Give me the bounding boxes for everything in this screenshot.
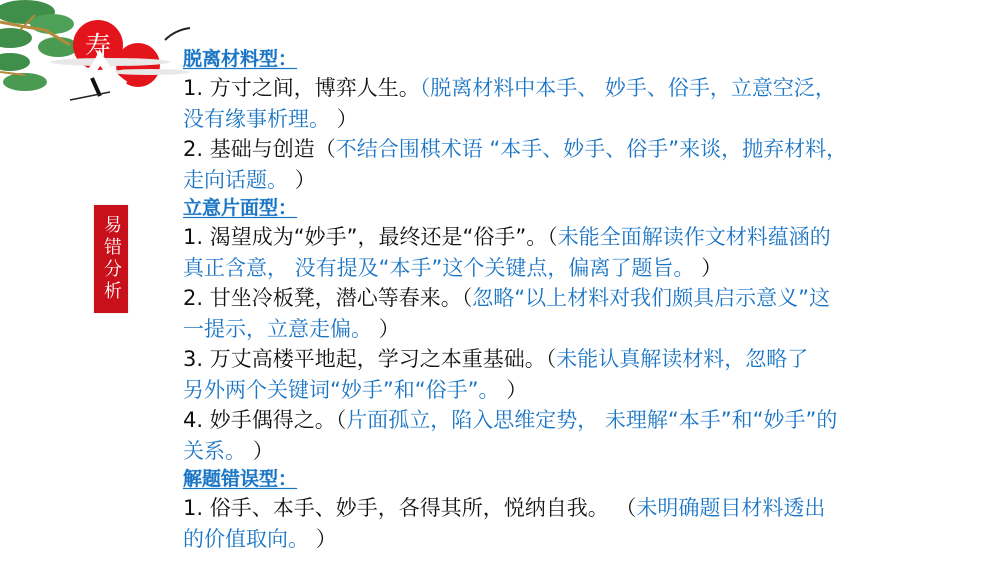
list-item-continuation: 关系。 ）: [183, 436, 983, 467]
error-analysis-tag: 易错分析: [94, 205, 128, 313]
list-item-continuation: 走向话题。 ）: [183, 165, 983, 196]
list-item-continuation: 的价值取向。 ）: [183, 524, 983, 555]
list-item-continuation: 真正含意， 没有提及“本手”这个关键点，偏离了题旨。 ）: [183, 253, 983, 284]
pine-branch-icon: [0, 0, 78, 91]
pine-crane-sun-decoration: 寿: [0, 0, 200, 110]
list-item-continuation: 另外两个关键词“妙手”和“俗手”。 ）: [183, 375, 983, 406]
section-heading: 脱离材料型：: [183, 46, 983, 73]
list-item: 3. 万丈高楼平地起，学习之本重基础。（未能认真解读材料，忽略了: [183, 344, 983, 375]
section-heading: 立意片面型：: [183, 195, 983, 222]
section-heading: 解题错误型：: [183, 466, 983, 493]
list-item-continuation: 没有缘事析理。 ）: [183, 104, 983, 135]
list-item: 2. 甘坐冷板凳，潜心等春来。（忽略“以上材料对我们颇具启示意义”这: [183, 283, 983, 314]
list-item-continuation: 一提示，立意走偏。 ）: [183, 314, 983, 345]
list-item: 4. 妙手偶得之。（片面孤立，陷入思维定势， 未理解“本手”和“妙手”的: [183, 405, 983, 436]
error-analysis-content: 脱离材料型： 1. 方寸之间，博弈人生。（脱离材料中本手、 妙手、俗手，立意空泛…: [183, 46, 983, 554]
list-item: 1. 渴望成为“妙手”，最终还是“俗手”。（未能全面解读作文材料蕴涵的: [183, 222, 983, 253]
list-item: 2. 基础与创造（不结合围棋术语 “本手、妙手、俗手”来谈，抛弃材料，: [183, 134, 983, 165]
list-item: 1. 俗手、本手、妙手，各得其所，悦纳自我。 （未明确题目材料透出: [183, 493, 983, 524]
list-item: 1. 方寸之间，博弈人生。（脱离材料中本手、 妙手、俗手，立意空泛，: [183, 73, 983, 104]
